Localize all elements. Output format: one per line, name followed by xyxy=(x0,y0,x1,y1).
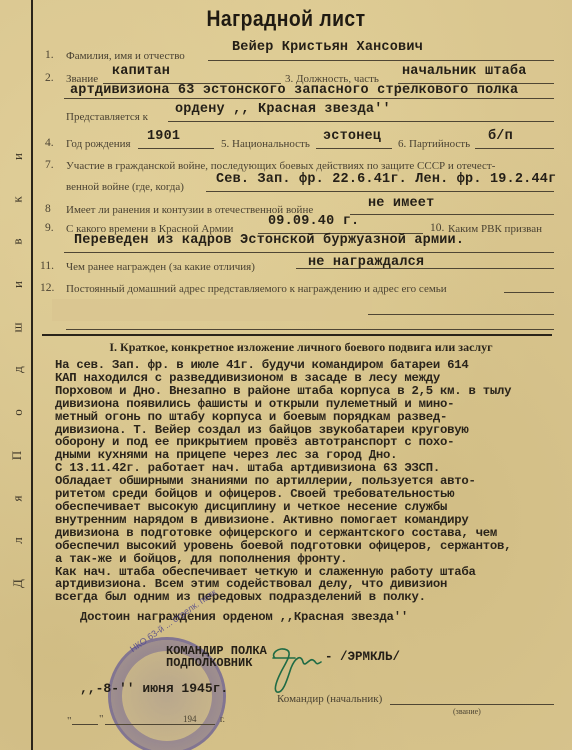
side-letter: л xyxy=(11,537,24,544)
field-6-value: б/п xyxy=(488,129,513,144)
field-7-value: Сев. Зап. фр. 22.6.41г. Лен. фр. 19.2.44… xyxy=(216,172,556,187)
field-7-label-line-1: Участие в гражданской войне, последующих… xyxy=(66,160,495,172)
field-4-line xyxy=(138,148,214,149)
narrative-line: обеспечивает высокую дисциплину и четкое… xyxy=(55,501,555,514)
signatory-rank: ПОДПОЛКОВНИК xyxy=(166,656,252,670)
section-divider xyxy=(42,334,552,336)
date-template-month-line xyxy=(105,724,215,725)
commander-label: Командир (начальник) xyxy=(277,693,382,705)
section-heading: I. Краткое, конкретное изложение личного… xyxy=(0,340,572,355)
field-7-label-line-2: венной войне (где, когда) xyxy=(66,181,184,193)
side-letter: я xyxy=(10,495,23,501)
rank-caption: (звание) xyxy=(453,707,481,716)
side-letter: Д xyxy=(11,579,24,588)
document-title: Наградной лист xyxy=(34,6,537,32)
field-4-value: 1901 xyxy=(147,129,180,144)
field-12-line xyxy=(504,292,554,293)
side-letter: и xyxy=(11,153,24,160)
field-10-line xyxy=(64,252,554,253)
field-2-number: 2. xyxy=(45,72,54,84)
field-6-line xyxy=(475,148,554,149)
date-template-quote-open: " xyxy=(67,715,72,727)
signature-date: ,,-8-'' июня 1945г. xyxy=(80,681,228,696)
side-letter: и xyxy=(11,281,24,288)
presented-label: Представляется к xyxy=(66,111,148,123)
award-sheet-page: Д л я П о д ш и в к и Наградной лист 1. … xyxy=(0,0,572,750)
field-9-value: 09.09.40 г. xyxy=(268,214,359,229)
narrative-line: КАП находился с разведдивизионом в засад… xyxy=(55,372,555,385)
narrative-line: внутренним нарядом в дивизионе. Активно … xyxy=(55,514,555,527)
narrative-line: всегда был одним из передовых подразделе… xyxy=(55,591,555,604)
field-5-label: 5. Национальность xyxy=(221,138,310,150)
field-9-number: 9. xyxy=(45,222,54,234)
conclusion-line: Достоин награждения орденом ,,Красная зв… xyxy=(55,611,555,624)
date-template-year: 194 xyxy=(183,714,197,724)
side-letter: к xyxy=(10,196,23,202)
field-11-number: 11. xyxy=(40,260,54,272)
field-7-number: 7. xyxy=(45,159,54,171)
field-3-value-line-2: артдивизиона 63 эстонского запасного стр… xyxy=(70,83,518,98)
narrative-line: дивизиона в подготовке офицерского и сер… xyxy=(55,527,555,540)
narrative-line: обеспечил высокий уровень боевой подгото… xyxy=(55,540,555,553)
field-8-line xyxy=(350,214,554,215)
side-label-for-binding: Д л я П о д ш и в к и xyxy=(8,150,26,590)
narrative-line: дивизиона появились фашисты и открыли пу… xyxy=(55,398,555,411)
field-12-line-2 xyxy=(368,314,554,315)
redacted-area xyxy=(52,299,372,321)
field-5-line xyxy=(316,148,392,149)
side-letter: ш xyxy=(10,322,23,332)
narrative-line: Порховом и Дно. Внезапно в районе штаба … xyxy=(55,385,555,398)
side-letter: П xyxy=(10,451,23,460)
field-1-label: Фамилия, имя и отчество xyxy=(66,50,185,62)
signatory-name: - /ЭРМКЛЬ/ xyxy=(325,650,400,664)
field-12-line-3 xyxy=(66,329,554,330)
field-8-value: не имеет xyxy=(368,196,434,211)
field-7-line xyxy=(206,191,554,192)
field-4-number: 4. xyxy=(45,137,54,149)
side-letter: о xyxy=(11,409,24,416)
presented-line xyxy=(168,121,554,122)
side-letter: в xyxy=(10,239,23,245)
commander-line xyxy=(390,704,554,705)
field-12-number: 12. xyxy=(40,282,54,294)
side-letter: д xyxy=(11,367,24,374)
presented-value: ордену ,, Красная звезда'' xyxy=(175,102,391,117)
signature xyxy=(265,636,335,696)
field-10-value: Переведен из кадров Эстонской буржуазной… xyxy=(74,233,464,248)
field-3-value: начальник штаба xyxy=(402,64,527,79)
field-12-label: Постоянный домашний адрес представляемог… xyxy=(66,283,447,295)
date-template-day-line xyxy=(72,724,98,725)
narrative-line: метный огонь по штабу корпуса и боевым п… xyxy=(55,411,555,424)
field-5-value: эстонец xyxy=(323,129,381,144)
field-2-value: капитан xyxy=(112,64,170,79)
field-11-label: Чем ранее награжден (за какие отличия) xyxy=(66,261,255,273)
narrative-text: На сев. Зап. фр. в июле 41г. будучи кома… xyxy=(55,359,555,624)
field-4-label: Год рождения xyxy=(66,138,131,150)
field-1-line xyxy=(208,60,554,61)
field-6-label: 6. Партийность xyxy=(398,138,470,150)
margin-rule xyxy=(31,0,33,750)
field-1-value: Вейер Кристьян Хансович xyxy=(232,40,423,55)
narrative-line: а так-же и бойцов, для пополнения фронту… xyxy=(55,553,555,566)
field-1-number: 1. xyxy=(45,49,54,61)
field-3-line-2 xyxy=(64,98,554,99)
date-template-quote-close: " xyxy=(99,713,104,725)
field-8-number: 8 xyxy=(45,203,51,215)
date-template-suffix: г. xyxy=(220,714,225,724)
field-11-value: не награждался xyxy=(308,255,424,270)
narrative-line: На сев. Зап. фр. в июле 41г. будучи кома… xyxy=(55,359,555,372)
